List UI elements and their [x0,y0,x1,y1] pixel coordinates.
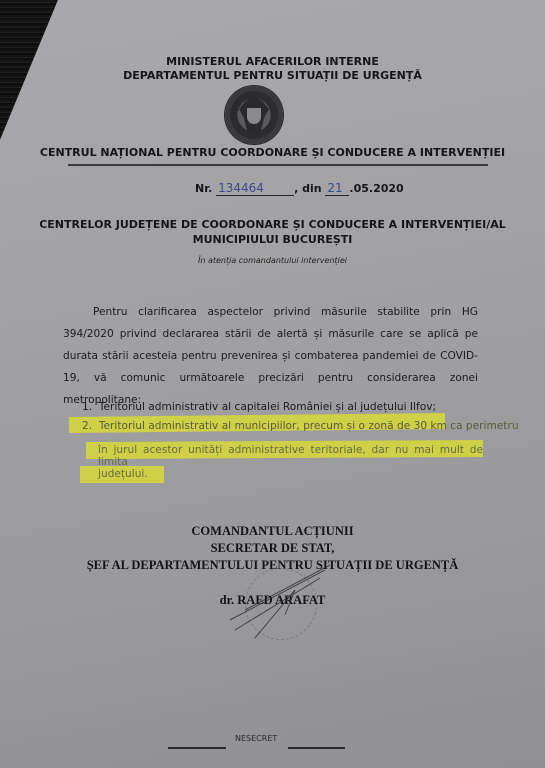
list-item-2-line2: în jurul acestor unități administrative … [98,444,483,468]
signature-title1: COMANDANTUL ACȚIUNII [0,524,545,539]
signature-title2: SECRETAR DE STAT, [0,541,545,556]
list-item-2: 2. Teritoriul administrativ al municipii… [82,420,519,432]
body-paragraph: Pentru clarificarea aspectelor privind m… [63,301,478,411]
list-item-1: 1. Teritoriul administrativ al capitalei… [82,401,436,413]
department-heading: DEPARTAMENTUL PENTRU SITUAȚII DE URGENȚĂ [0,69,545,82]
attention-line: În atenția comandantului intervenției [0,256,545,265]
addressee-line1: CENTRELOR JUDEȚENE DE COORDONARE ȘI COND… [0,218,545,231]
addressee-line2: MUNICIPIULUI BUCUREȘTI [0,233,545,246]
nr-value: 134464 [218,181,264,195]
nr-label: Nr. [195,182,212,195]
footer-rule-right [288,747,345,749]
header-divider [68,164,488,166]
reference-number: Nr. 134464, din 21.05.2020 [195,181,404,196]
ministry-heading: MINISTERUL AFACERILOR INTERNE [0,55,545,68]
date-label: , din [294,182,321,195]
footer-rule-left [168,747,226,749]
handwritten-signature-icon [225,560,335,640]
list-item-2-line3: județului. [98,468,148,480]
day-value: 21 [327,181,342,195]
center-heading: CENTRUL NAȚIONAL PENTRU COORDONARE ȘI CO… [0,146,545,159]
classification-label: NESECRET [235,734,277,743]
date-rest: .05.2020 [349,182,403,195]
document-page: MINISTERUL AFACERILOR INTERNE DEPARTAMEN… [0,0,545,768]
coat-of-arms-seal-icon [225,86,283,144]
